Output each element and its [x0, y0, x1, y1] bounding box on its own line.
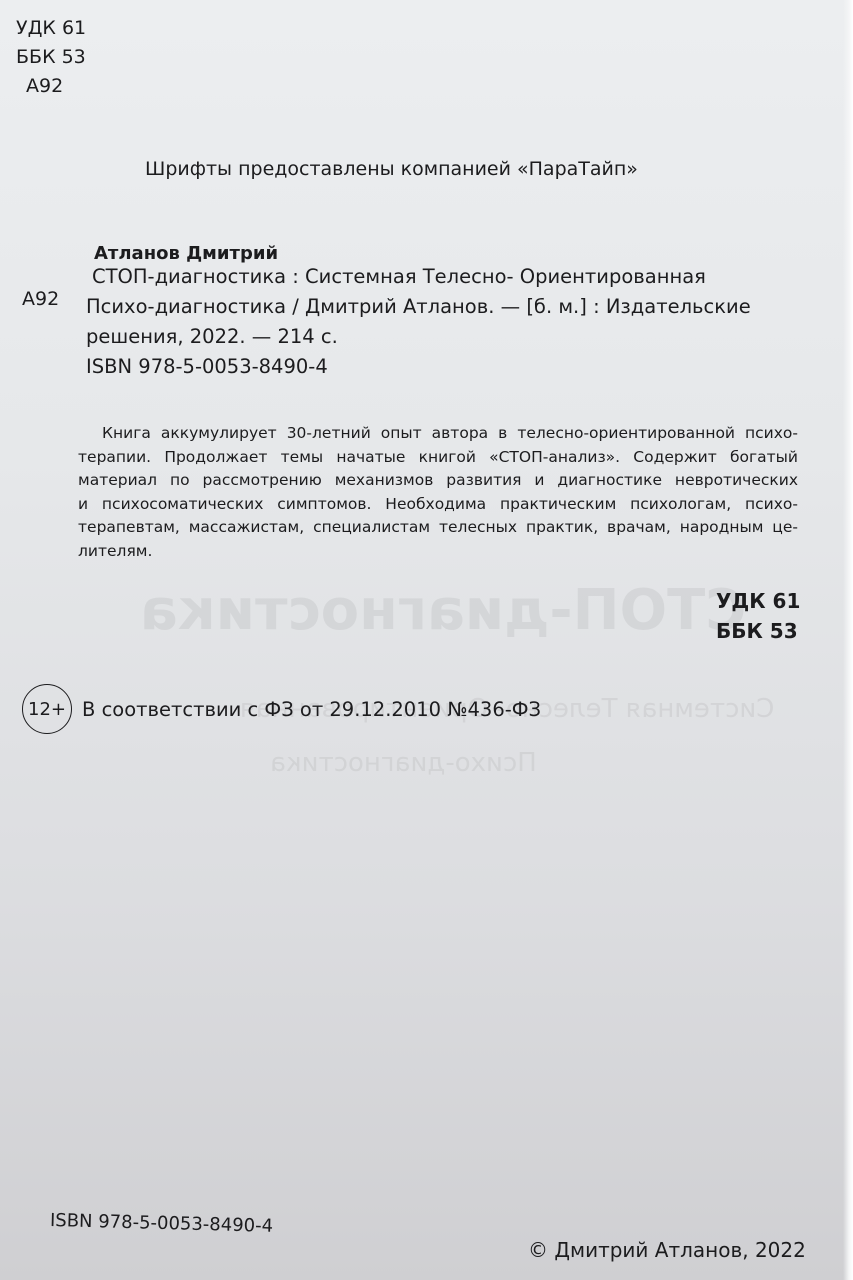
annotation-line: лителям. [78, 540, 798, 564]
catalog-card-body: СТОП-диагностика : Системная Телесно- Ор… [86, 262, 786, 382]
annotation-line: Книга аккумулирует 30-летний опыт автора… [78, 422, 798, 446]
annotation: Книга аккумулирует 30-летний опыт автора… [78, 422, 798, 563]
bbk-code: ББК 53 [716, 616, 800, 646]
udk-code: УДК 61 [16, 14, 86, 43]
fonts-credit: Шрифты предоставлены компанией «ПараТайп… [145, 158, 638, 180]
annotation-line: и психосоматических симптомов. Необходим… [78, 493, 798, 517]
catalog-card-author-mark: А92 [22, 288, 59, 310]
age-rating: 12+ В соответствии с ФЗ от 29.12.2010 №4… [22, 684, 541, 734]
show-through-title: СТОП-диагностика [140, 578, 746, 643]
age-rating-badge: 12+ [22, 684, 72, 734]
author-mark: А92 [16, 72, 86, 101]
right-classification-codes: УДК 61 ББК 53 [716, 586, 800, 646]
annotation-line: материал по рассмотрению механизмов разв… [78, 469, 798, 493]
udk-code: УДК 61 [716, 586, 800, 616]
catalog-card-line: решения, 2022. — 214 с. [86, 322, 786, 352]
catalog-card-author: Атланов Дмитрий [94, 243, 278, 264]
annotation-line: терапевтам, массажистам, специалистам те… [78, 516, 798, 540]
top-classification-codes: УДК 61 ББК 53 А92 [16, 14, 86, 101]
catalog-card-isbn: ISBN 978-5-0053-8490-4 [86, 352, 786, 382]
footer-isbn: ISBN 978-5-0053-8490-4 [50, 1210, 274, 1237]
show-through-subtitle-2: Психо-диагностика [270, 748, 537, 778]
bbk-code: ББК 53 [16, 43, 86, 72]
catalog-card-line: СТОП-диагностика : Системная Телесно- Ор… [86, 262, 786, 292]
catalog-card-line: Психо-диагностика / Дмитрий Атланов. — [… [86, 292, 786, 322]
annotation-line: терапии. Продолжает темы начатые книгой … [78, 446, 798, 470]
age-rating-text: В соответствии с ФЗ от 29.12.2010 №436-Ф… [82, 698, 541, 721]
page-edge [843, 0, 853, 1280]
copyright: © Дмитрий Атланов, 2022 [528, 1238, 806, 1262]
